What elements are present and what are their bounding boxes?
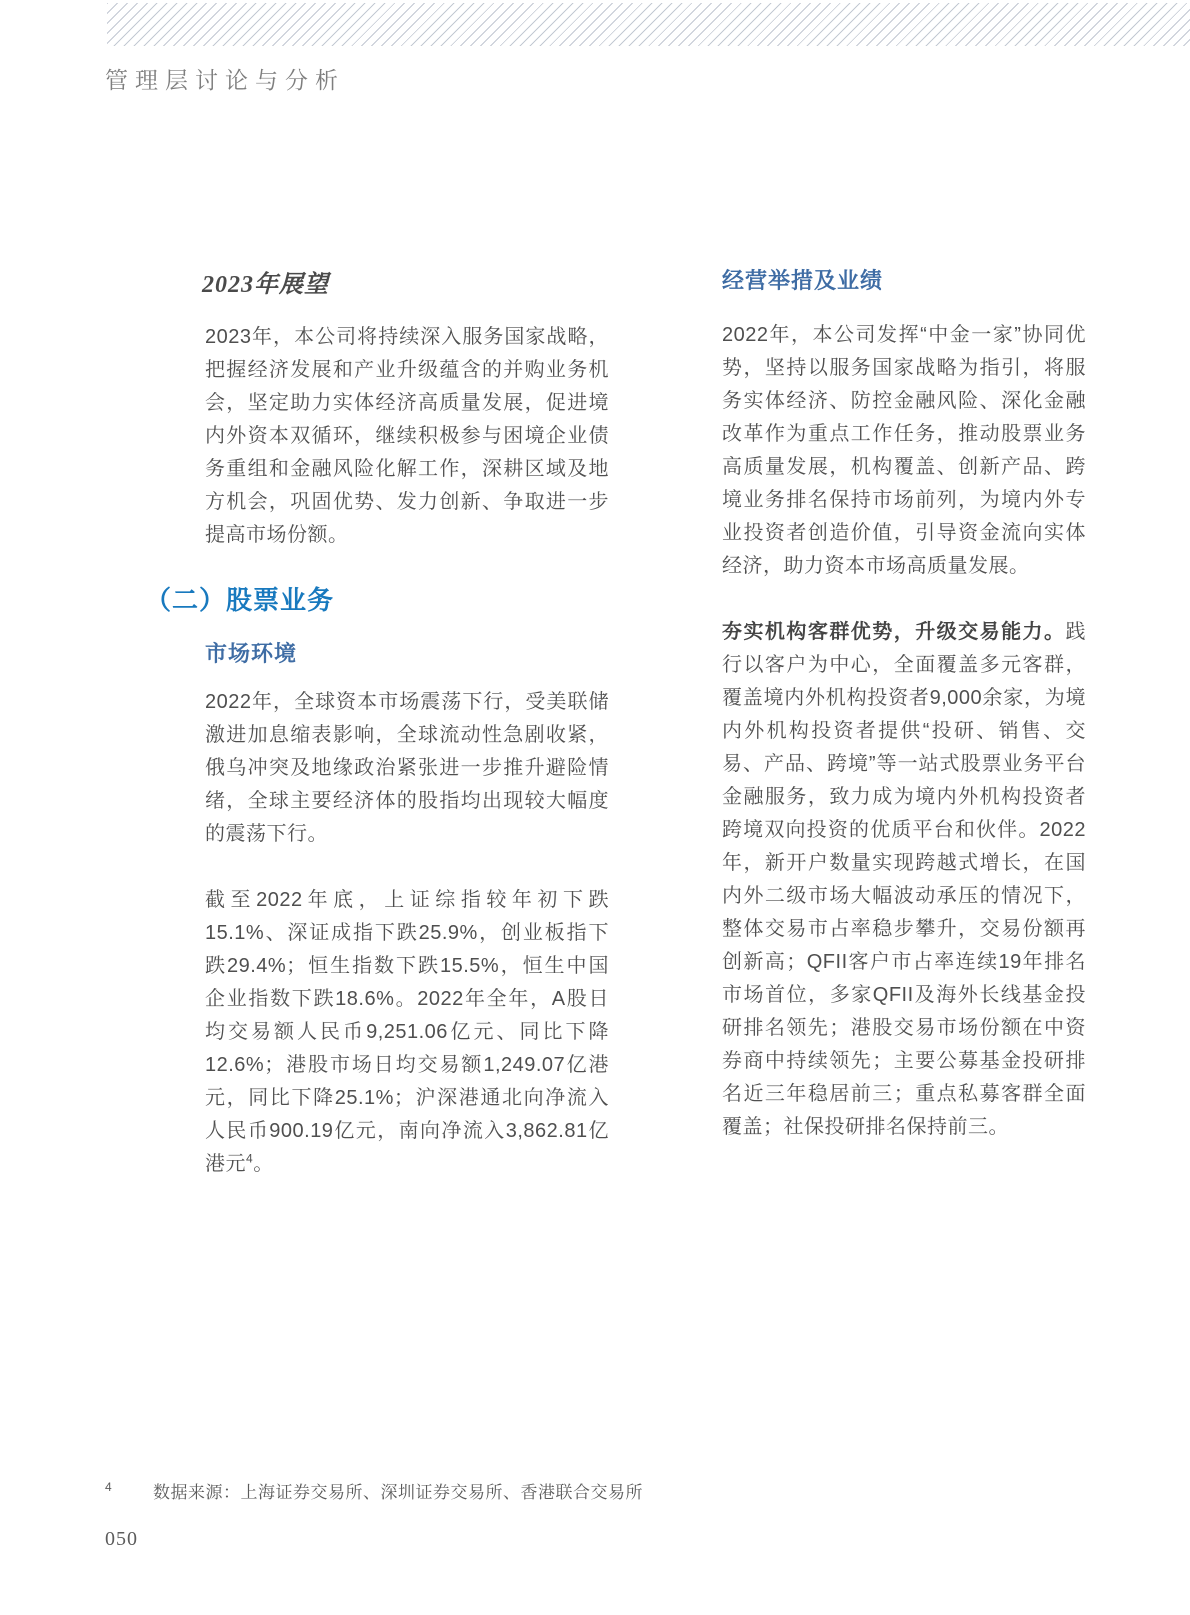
right-column: 经营举措及业绩 2022年，本公司发挥“中金一家”协同优势，坚持以服务国家战略为… (722, 264, 1086, 1144)
operations-paragraph-2-body: 践行以客户为中心，全面覆盖多元客群，覆盖境内外机构投资者9,000余家，为境内外… (722, 621, 1086, 1138)
outlook-2023-heading: 2023年展望 (202, 264, 609, 299)
sub-heading-market-environment: 市场环境 (205, 637, 609, 668)
outlook-2023-paragraph: 2023年，本公司将持续深入服务国家战略，把握经济发展和产业升级蕴含的并购业务机… (205, 321, 609, 552)
page-number: 050 (105, 1528, 138, 1551)
market-stats-period: 。 (253, 1153, 274, 1175)
market-environment-paragraph-2: 截至2022年底，上证综指较年初下跌15.1%、深证成指下跌25.9%，创业板指… (205, 884, 609, 1181)
page-header-title: 管理层讨论与分析 (105, 62, 345, 95)
market-stats-text: 截至2022年底，上证综指较年初下跌15.1%、深证成指下跌25.9%，创业板指… (205, 889, 609, 1175)
footnote-marker: 4 (105, 1480, 153, 1494)
operations-paragraph-1: 2022年，本公司发挥“中金一家”协同优势，坚持以服务国家战略为指引，将服务实体… (722, 319, 1086, 583)
operations-paragraph-2-lead: 夯实机构客群优势，升级交易能力。 (722, 621, 1066, 643)
operations-paragraph-2: 夯实机构客群优势，升级交易能力。践行以客户为中心，全面覆盖多元客群，覆盖境内外机… (722, 616, 1086, 1144)
left-column: 2023年展望 2023年，本公司将持续深入服务国家战略，把握经济发展和产业升级… (145, 264, 609, 1181)
sub-heading-operations-performance: 经营举措及业绩 (722, 264, 1086, 295)
decorative-hatch-pattern (107, 3, 1190, 46)
section-heading-stock-business: （二）股票业务 (145, 580, 609, 617)
footnote: 4数据来源：上海证券交易所、深圳证券交易所、香港联合交易所 (105, 1478, 643, 1503)
footnote-text: 数据来源：上海证券交易所、深圳证券交易所、香港联合交易所 (153, 1483, 643, 1502)
market-environment-paragraph-1: 2022年，全球资本市场震荡下行，受美联储激进加息缩表影响，全球流动性急剧收紧，… (205, 686, 609, 851)
